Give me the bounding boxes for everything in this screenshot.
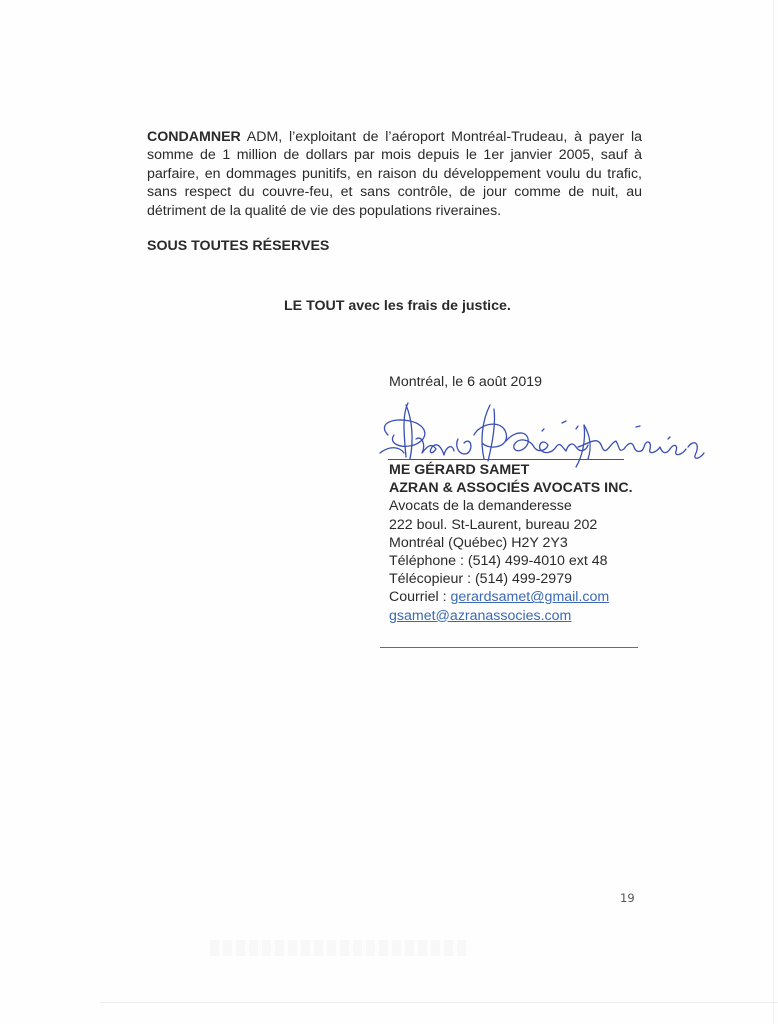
email-line-2: gsamet@azranassocies.com	[389, 607, 633, 625]
email-line: Courriel : gerardsamet@gmail.com	[389, 588, 633, 606]
address-line-1: 222 boul. St-Laurent, bureau 202	[389, 516, 633, 534]
email-link-firm[interactable]: gsamet@azranassocies.com	[389, 608, 571, 624]
page-number: 19	[620, 891, 635, 905]
paragraph-lead: CONDAMNER	[147, 129, 241, 145]
scan-bleed-through	[210, 940, 470, 956]
document-page: CONDAMNER ADM, l’exploitant de l’aéropor…	[0, 0, 778, 1024]
phone-line: Téléphone : (514) 499-4010 ext 48	[389, 552, 633, 570]
email-link-gmail[interactable]: gerardsamet@gmail.com	[451, 589, 610, 605]
date-line: Montréal, le 6 août 2019	[389, 374, 542, 390]
signatory-role: Avocats de la demanderesse	[389, 497, 633, 515]
reserves-heading: SOUS TOUTES RÉSERVES	[147, 238, 329, 254]
signatory-name: ME GÉRARD SAMET	[389, 461, 633, 479]
signature-line	[388, 459, 624, 460]
closing-rule	[380, 647, 638, 648]
address-line-2: Montréal (Québec) H2Y 2Y3	[389, 534, 633, 552]
conclusion-line: LE TOUT avec les frais de justice.	[284, 298, 511, 314]
law-firm-name: AZRAN & ASSOCIÉS AVOCATS INC.	[389, 479, 633, 497]
condemnation-paragraph: CONDAMNER ADM, l’exploitant de l’aéropor…	[147, 128, 642, 220]
scan-page-edge	[773, 0, 774, 1024]
scan-bleed-line	[100, 1002, 778, 1003]
fax-line: Télécopieur : (514) 499-2979	[389, 570, 633, 588]
signatory-block: ME GÉRARD SAMET AZRAN & ASSOCIÉS AVOCATS…	[389, 461, 633, 625]
email-label: Courriel :	[389, 589, 451, 605]
